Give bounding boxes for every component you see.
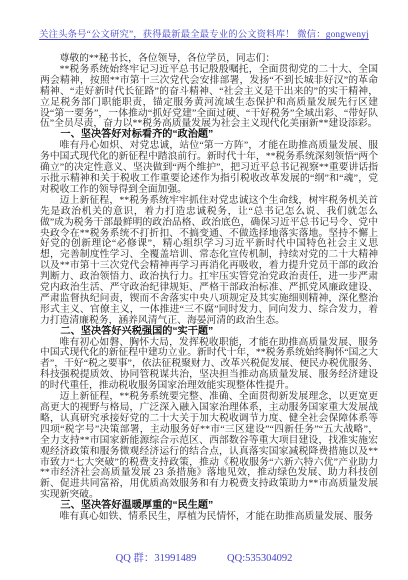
qq-group-text: QQ 群：31991489 [116,553,197,564]
paragraph-practice-1: 唯有初心如磐、胸怀大局，发挥税收职能，才能在助推高质量发展、服务中国式现代化的新… [40,338,378,393]
document-page: 关注头条号“公文研究”，获得最新最全最专业的公文资料库！ 微信：gongweny… [0,0,408,580]
paragraph-politics-2: 迈上新征程，**税务系统牢牢抓住对党忠诚这个生命线，树牢税务机关首先是政治机关的… [40,196,378,327]
promo-banner: 关注头条号“公文研究”，获得最新最全最专业的公文资料库！ 微信：gongweny… [0,26,408,40]
paragraph-politics-1: 唯有丹心如炽、对党忠诚，站位“第一方阵”，才能在助推高质量发展、服务中国式现代化… [40,141,378,196]
qq-number-text: QQ:535304092 [227,553,292,564]
paragraph-intro: **税务系统始终牢记习近平总书记殷殷嘱托，全面贯彻党的二十大、全国两会精神，按照… [40,65,378,130]
paragraph-livelihood-1: 唯有真心如铁、情系民生，厚植为民情怀，才能在助推高质量发展、服务 [40,512,378,523]
contact-footer: QQ 群：31991489 QQ:535304092 [0,550,408,565]
paragraph-practice-2: 迈上新征程，**税务系统要完整、准确、全面贯彻新发展理念，以更宽更高更大的视野与… [40,392,378,501]
document-body: 尊敬的**秘书长，各位领导，各位学员，同志们： **税务系统始终牢记习近平总书记… [40,54,378,523]
promo-banner-text: 关注头条号“公文研究”，获得最新最全最专业的公文资料库！ 微信：gongweny… [39,30,369,40]
section-heading-practice: 二、坚决答好兴税强国的“实干题” [40,327,378,338]
